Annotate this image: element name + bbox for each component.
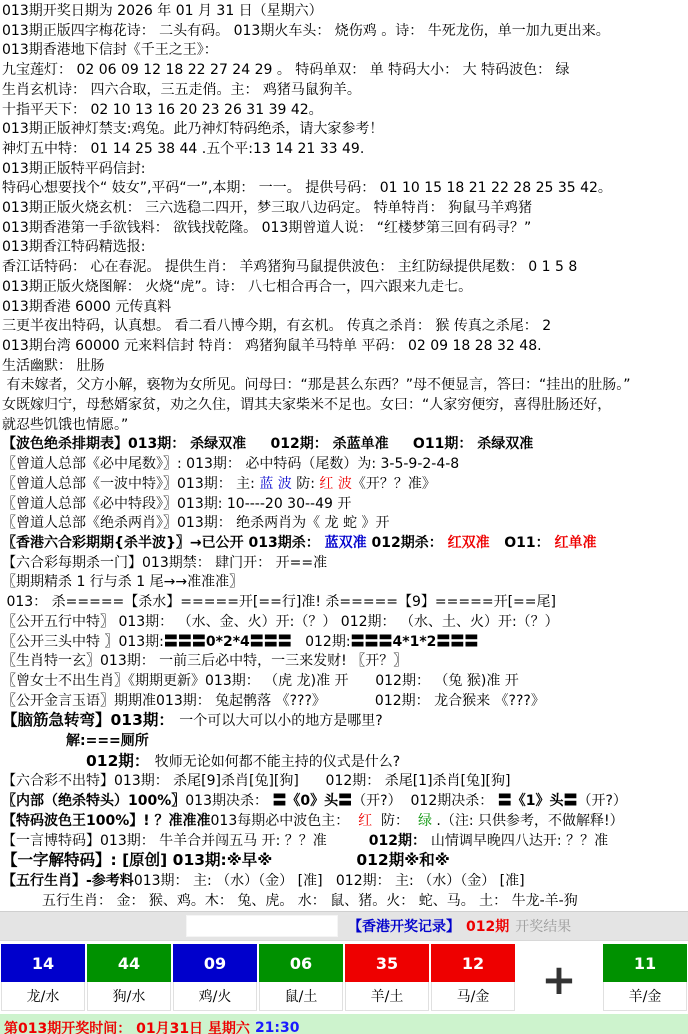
text-segment: 五行生肖： 金： 猴、鸡。木： 兔、虎。 水： 鼠、猪。火： 蛇、马。 土： 牛…: [42, 893, 578, 909]
text-segment: 蓝双准: [325, 535, 367, 551]
text-line: 【六合彩每期杀一门】013期禁： 肆门开： 开==准: [2, 554, 688, 574]
text-segment: 九宝莲灯： 02 06 09 12 18 22 27 24 29 。 特码单双：…: [2, 62, 570, 78]
text-segment: 【五行生肖】-参考料: [2, 873, 134, 889]
text-line: 特码心想要找个“ 妓女”,平码“一”,本期： 一一。 提供号码： 01 10 1…: [2, 179, 688, 199]
text-segment: 有未嫁者，父方小解，亵物为女所见。问母曰：“那是甚么东西？”母不便显言，答曰：“…: [2, 377, 630, 393]
text-line: 九宝莲灯： 02 06 09 12 18 22 27 24 29 。 特码单双：…: [2, 61, 688, 81]
text-segment: 013期正版神灯禁支:鸡兔。此乃神灯特码绝杀，请大家参考！: [2, 121, 383, 137]
text-segment: 012期杀：: [367, 535, 448, 551]
text-segment: 红单准: [555, 535, 597, 551]
result-ball: 12马/金: [430, 944, 516, 1014]
text-segment: 〓〓〓0*2*4〓〓〓: [164, 634, 292, 650]
record-issue-badge: 012期: [466, 916, 509, 936]
text-segment: 牧师无论如何都不能主持的仪式是什么?: [155, 754, 400, 770]
text-line: 〖曾道人总部《必中特段》〗013期: 10----20 30--49 开: [2, 495, 688, 515]
text-segment: 【六合彩每期杀一门】013期禁： 肆门开： 开==准: [2, 555, 327, 571]
text-segment: 013期香港地下信封《千王之王》：: [2, 42, 218, 58]
text-line: 〖公开五行中特〗 013期： （水、金、火）开:（？） 012期： （水、土、火…: [2, 613, 688, 633]
result-ball: 35羊/土: [344, 944, 430, 1014]
text-line: 【六合彩不出特】013期： 杀尾[9]杀肖[兔][狗] 012期： 杀尾[1]杀…: [2, 772, 688, 792]
text-segment: 012期:: [292, 634, 351, 650]
text-line: 013期正版特平码信封:: [2, 160, 688, 180]
text-segment: 蓝 波: [259, 476, 291, 492]
text-line: 生肖玄机诗： 四六合取，三五走俏。主： 鸡猪马鼠狗羊。: [2, 81, 688, 101]
text-segment: 〖曾道人总部《必中尾数》〗: 013期： 必中特码（尾数）为: 3-5-9-2-…: [2, 456, 459, 472]
text-segment: 生活幽默： 肚肠: [2, 358, 104, 374]
text-segment: 【一字解特码】: [原创] 013期:※早※: [2, 851, 272, 869]
text-segment: 红 波: [319, 476, 351, 492]
ball-number: 44: [87, 944, 171, 982]
record-result-text: 开奖结果: [515, 916, 571, 936]
text-segment: 013期正版火烧玄机： 三六选稳二四开，梦三取八边码定。 特单特肖： 狗鼠马羊鸡…: [2, 200, 532, 216]
text-segment: 〖曾道人总部《必中特段》〗013期: 10----20 30--49 开: [2, 496, 351, 512]
text-segment: O11：: [490, 535, 555, 551]
text-segment: 〖公开五行中特〗 013期： （水、金、火）开:（？） 012期： （水、土、火…: [2, 614, 559, 630]
text-line: 013期香港第一手欲钱料： 欲钱找乾隆。 013期曾道人说： “红楼梦第三回有码…: [2, 219, 688, 239]
ball-number: 35: [345, 944, 429, 982]
text-line: 〖曾道人总部《绝杀两肖》〗013期： 绝杀两肖为《 龙 蛇 》开: [2, 514, 688, 534]
ball-number: 14: [1, 944, 85, 982]
text-segment: 【一言博特码】013期： 牛羊合并闯五马 开: ？？准: [2, 833, 369, 849]
text-line: 013期正版四字梅花诗： 二头有码。 013期火车头： 烧伤鸡 。诗： 牛死龙伤…: [2, 22, 688, 42]
text-line: 【一言博特码】013期： 牛羊合并闯五马 开: ？？准 012期： 山情调早晚四…: [2, 832, 688, 852]
text-line: 五行生肖： 金： 猴、鸡。木： 兔、虎。 水： 鼠、猪。火： 蛇、马。 土： 牛…: [2, 892, 688, 912]
text-line: 解:===厕所: [2, 732, 688, 752]
text-line: 〖曾道人总部《一波中特》〗013期： 主: 蓝 波 防: 红 波《开？？准》: [2, 475, 688, 495]
text-line: 013期正版火烧图解： 火烧“虎”。诗： 八七相合再合一，四六跟来九走七。: [2, 278, 688, 298]
text-line: 神灯五中特： 01 14 25 38 44 .五个平:13 14 21 33 4…: [2, 140, 688, 160]
text-line: 【一字解特码】: [原创] 013期:※早※ 012期※和※: [2, 851, 688, 872]
text-segment: 一个可以大可以小的地方是哪里?: [179, 713, 382, 729]
ball-number: 06: [259, 944, 343, 982]
text-segment: 〖公开三头中特 〗013期:: [2, 634, 164, 650]
text-segment: 〖香港六合彩期期{杀半波}〗→已公开 013期杀：: [2, 535, 325, 551]
text-segment: 013期决杀：: [185, 793, 272, 809]
text-line: 〖内部（绝杀特头）100%〗013期决杀： 〓《0》头〓（开?） 012期决杀：…: [2, 792, 688, 812]
text-line: 十指平天下： 02 10 13 16 20 23 26 31 39 42。: [2, 101, 688, 121]
text-line: 013期开奖日期为 2026 年 01 月 31 日（星期六）: [2, 2, 688, 22]
text-segment: 防:: [292, 476, 320, 492]
text-segment: 山情调早晚四八达开: ？？准: [431, 833, 608, 849]
draw-results-row: 14龙/水44狗/水09鸡/火06鼠/土35羊/土12马/金+11羊/金: [0, 941, 688, 1014]
text-segment: 三更半夜出特码，认真想。 看二看八博今期，有玄机。 传真之杀肖： 猴 传真之杀尾…: [2, 318, 551, 334]
text-line: 013期正版火烧玄机： 三六选稳二四开，梦三取八边码定。 特单特肖： 狗鼠马羊鸡…: [2, 199, 688, 219]
record-search-input[interactable]: [186, 915, 338, 937]
text-segment: 013： 杀=====【杀水】=====开[==行]准! 杀=====【9】==…: [2, 594, 556, 610]
text-segment: 《开？？准》: [352, 476, 436, 492]
text-segment: 013每期必中波色主：: [211, 813, 359, 829]
text-segment: [272, 853, 356, 869]
ball-label: 马/金: [431, 982, 515, 1011]
ball-number: 09: [173, 944, 257, 982]
record-bar: 【香港开奖记录】 012期 开奖结果: [0, 911, 688, 941]
text-line: 【五行生肖】-参考料013期： 主: （水）（金） [准] 012期： 主: （…: [2, 872, 688, 892]
result-ball: 44狗/水: [86, 944, 172, 1014]
text-segment: 【波色绝杀排期表】013期： 杀绿双准 012期： 杀蓝单准 O11期： 杀绿双…: [2, 436, 533, 452]
text-line: 013： 杀=====【杀水】=====开[==行]准! 杀=====【9】==…: [2, 593, 688, 613]
text-segment: （开?） 012期决杀：: [352, 793, 498, 809]
text-line: 〖公开金言玉语〗期期准013期： 兔起鹘落 《???》 012期： 龙合猴来 《…: [2, 692, 688, 712]
ball-label: 狗/水: [87, 982, 171, 1011]
text-segment: 013期香港第一手欲钱料： 欲钱找乾隆。 013期曾道人说： “红楼梦第三回有码…: [2, 220, 531, 236]
text-line: 013期香港 6000 元传真料: [2, 298, 688, 318]
text-segment: 神灯五中特： 01 14 25 38 44 .五个平:13 14 21 33 4…: [2, 141, 364, 157]
text-segment: 〖曾女士不出生肖〗《期期更新》013期： （虎 龙)准 开 012期： （兔 猴…: [2, 673, 519, 689]
text-segment: 红双准: [448, 535, 490, 551]
text-line: 女既嫁归宁，母愁婿家贫，劝之久住，谓其夫家柴米不足也。女曰：“人家穷便穷，喜得肚…: [2, 396, 688, 416]
text-segment: 013期香港 6000 元传真料: [2, 299, 171, 315]
text-segment: 012期※和※: [356, 851, 450, 869]
next-draw-footer: 第013期开奖时间： 01月31日 星期六 21:30: [0, 1014, 688, 1034]
text-segment: 013期正版特平码信封:: [2, 161, 145, 177]
ball-label: 羊/金: [603, 982, 687, 1011]
text-segment: 解:===厕所: [66, 733, 149, 749]
ball-label: 羊/土: [345, 982, 429, 1011]
text-line: 013期香江特码精选报:: [2, 238, 688, 258]
text-line: 〖生肖特一玄〗013期： 一前三后必中特，一三来发财! 〖开？〗: [2, 652, 688, 672]
text-segment: 012期：: [86, 752, 155, 770]
text-segment: 〓〓〓4*1*2〓〓〓: [351, 634, 479, 650]
text-line: 三更半夜出特码，认真想。 看二看八博今期，有玄机。 传真之杀肖： 猴 传真之杀尾…: [2, 317, 688, 337]
text-line: 012期： 牧师无论如何都不能主持的仪式是什么?: [2, 752, 688, 773]
result-ball: 14龙/水: [0, 944, 86, 1014]
text-segment: 特码心想要找个“ 妓女”,平码“一”,本期： 一一。 提供号码： 01 10 1…: [2, 180, 612, 196]
text-segment: 【六合彩不出特】013期： 杀尾[9]杀肖[兔][狗] 012期： 杀尾[1]杀…: [2, 773, 510, 789]
text-segment: 红: [358, 813, 372, 829]
result-ball: 06鼠/土: [258, 944, 344, 1014]
next-draw-time-label: 第013期开奖时间： 01月31日 星期六: [4, 1018, 250, 1034]
text-segment: （开?）: [577, 793, 626, 809]
result-ball: 09鸡/火: [172, 944, 258, 1014]
text-segment: 〓《0》头〓: [272, 793, 352, 809]
text-line: 有未嫁者，父方小解，亵物为女所见。问母曰：“那是甚么东西？”母不便显言，答曰：“…: [2, 376, 688, 396]
ball-label: 鼠/土: [259, 982, 343, 1011]
next-draw-time-value: 21:30: [255, 1020, 300, 1034]
text-segment: 绿: [418, 813, 432, 829]
text-segment: 013期台湾 60000 元来料信封 特肖： 鸡猪狗鼠羊马特单 平码： 02 0…: [2, 338, 542, 354]
record-title: 【香港开奖记录】: [348, 916, 460, 936]
text-segment: 012期：: [369, 833, 431, 849]
special-number-ball: 11羊/金: [602, 944, 688, 1014]
text-line: 〖曾道人总部《必中尾数》〗: 013期： 必中特码（尾数）为: 3-5-9-2-…: [2, 455, 688, 475]
text-line: 【脑筋急转弯】013期： 一个可以大可以小的地方是哪里?: [2, 711, 688, 732]
text-segment: 013期： 主: （水）（金） [准] 012期： 主: （水）（金） [准]: [134, 873, 525, 889]
text-line: 香江话特码： 心在春泥。 提供生肖： 羊鸡猪狗马鼠提供波色： 主红防绿提供尾数：…: [2, 258, 688, 278]
text-segment: 〖内部（绝杀特头）100%〗: [2, 793, 185, 809]
text-segment: 013期正版火烧图解： 火烧“虎”。诗： 八七相合再合一，四六跟来九走七。: [2, 279, 472, 295]
text-line: 013期香港地下信封《千王之王》：: [2, 41, 688, 61]
tips-text-block: 013期开奖日期为 2026 年 01 月 31 日（星期六）013期正版四字梅…: [0, 0, 688, 911]
text-segment: 生肖玄机诗： 四六合取，三五走俏。主： 鸡猪马鼠狗羊。: [2, 82, 361, 98]
text-segment: 【脑筋急转弯】013期：: [2, 711, 179, 729]
plus-separator: +: [516, 944, 602, 1014]
text-line: 【特码波色王100%】! ？准准准013每期必中波色主： 红 防： 绿 .（注:…: [2, 812, 688, 832]
text-segment: 〖生肖特一玄〗013期： 一前三后必中特，一三来发财! 〖开？〗: [2, 653, 407, 669]
text-line: 【波色绝杀排期表】013期： 杀绿双准 012期： 杀蓝单准 O11期： 杀绿双…: [2, 435, 688, 455]
text-line: 〖曾女士不出生肖〗《期期更新》013期： （虎 龙)准 开 012期： （兔 猴…: [2, 672, 688, 692]
text-line: 就忍些饥饿也情愿。”: [2, 416, 688, 436]
ball-number: 11: [603, 944, 687, 982]
text-segment: 十指平天下： 02 10 13 16 20 23 26 31 39 42。: [2, 102, 323, 118]
text-segment: 013期开奖日期为 2026 年 01 月 31 日（星期六）: [2, 3, 323, 19]
text-segment: 〖曾道人总部《绝杀两肖》〗013期： 绝杀两肖为《 龙 蛇 》开: [2, 515, 390, 531]
text-segment: 013期正版四字梅花诗： 二头有码。 013期火车头： 烧伤鸡 。诗： 牛死龙伤…: [2, 23, 610, 39]
text-segment: 女既嫁归宁，母愁婿家贫，劝之久住，谓其夫家柴米不足也。女曰：“人家穷便穷，喜得肚…: [2, 397, 611, 413]
text-line: 〖期期精杀 1 行与杀 1 尾→→准准准〗: [2, 573, 688, 593]
ball-number: 12: [431, 944, 515, 982]
text-segment: 防：: [372, 813, 418, 829]
ball-label: 鸡/火: [173, 982, 257, 1011]
text-segment: .（注: 只供参考，不做解释!）: [432, 813, 624, 829]
text-line: 013期正版神灯禁支:鸡兔。此乃神灯特码绝杀，请大家参考！: [2, 120, 688, 140]
text-segment: 〖公开金言玉语〗期期准013期： 兔起鹘落 《???》 012期： 龙合猴来 《…: [2, 693, 545, 709]
text-segment: 〖期期精杀 1 行与杀 1 尾→→准准准〗: [2, 574, 243, 590]
text-line: 生活幽默： 肚肠: [2, 357, 688, 377]
text-segment: 013期香江特码精选报:: [2, 239, 145, 255]
text-segment: 【特码波色王100%】! ？准准准: [2, 813, 211, 829]
text-segment: 〖曾道人总部《一波中特》〗013期： 主:: [2, 476, 259, 492]
text-line: 〖香港六合彩期期{杀半波}〗→已公开 013期杀： 蓝双准 012期杀： 红双准…: [2, 534, 688, 554]
text-line: 〖公开三头中特 〗013期:〓〓〓0*2*4〓〓〓 012期:〓〓〓4*1*2〓…: [2, 633, 688, 653]
text-segment: 就忍些饥饿也情愿。”: [2, 417, 128, 433]
ball-label: 龙/水: [1, 982, 85, 1011]
text-line: 013期台湾 60000 元来料信封 特肖： 鸡猪狗鼠羊马特单 平码： 02 0…: [2, 337, 688, 357]
text-segment: 香江话特码： 心在春泥。 提供生肖： 羊鸡猪狗马鼠提供波色： 主红防绿提供尾数：…: [2, 259, 577, 275]
lottery-tips-page: 013期开奖日期为 2026 年 01 月 31 日（星期六）013期正版四字梅…: [0, 0, 688, 1034]
text-segment: 〓《1》头〓: [498, 793, 578, 809]
